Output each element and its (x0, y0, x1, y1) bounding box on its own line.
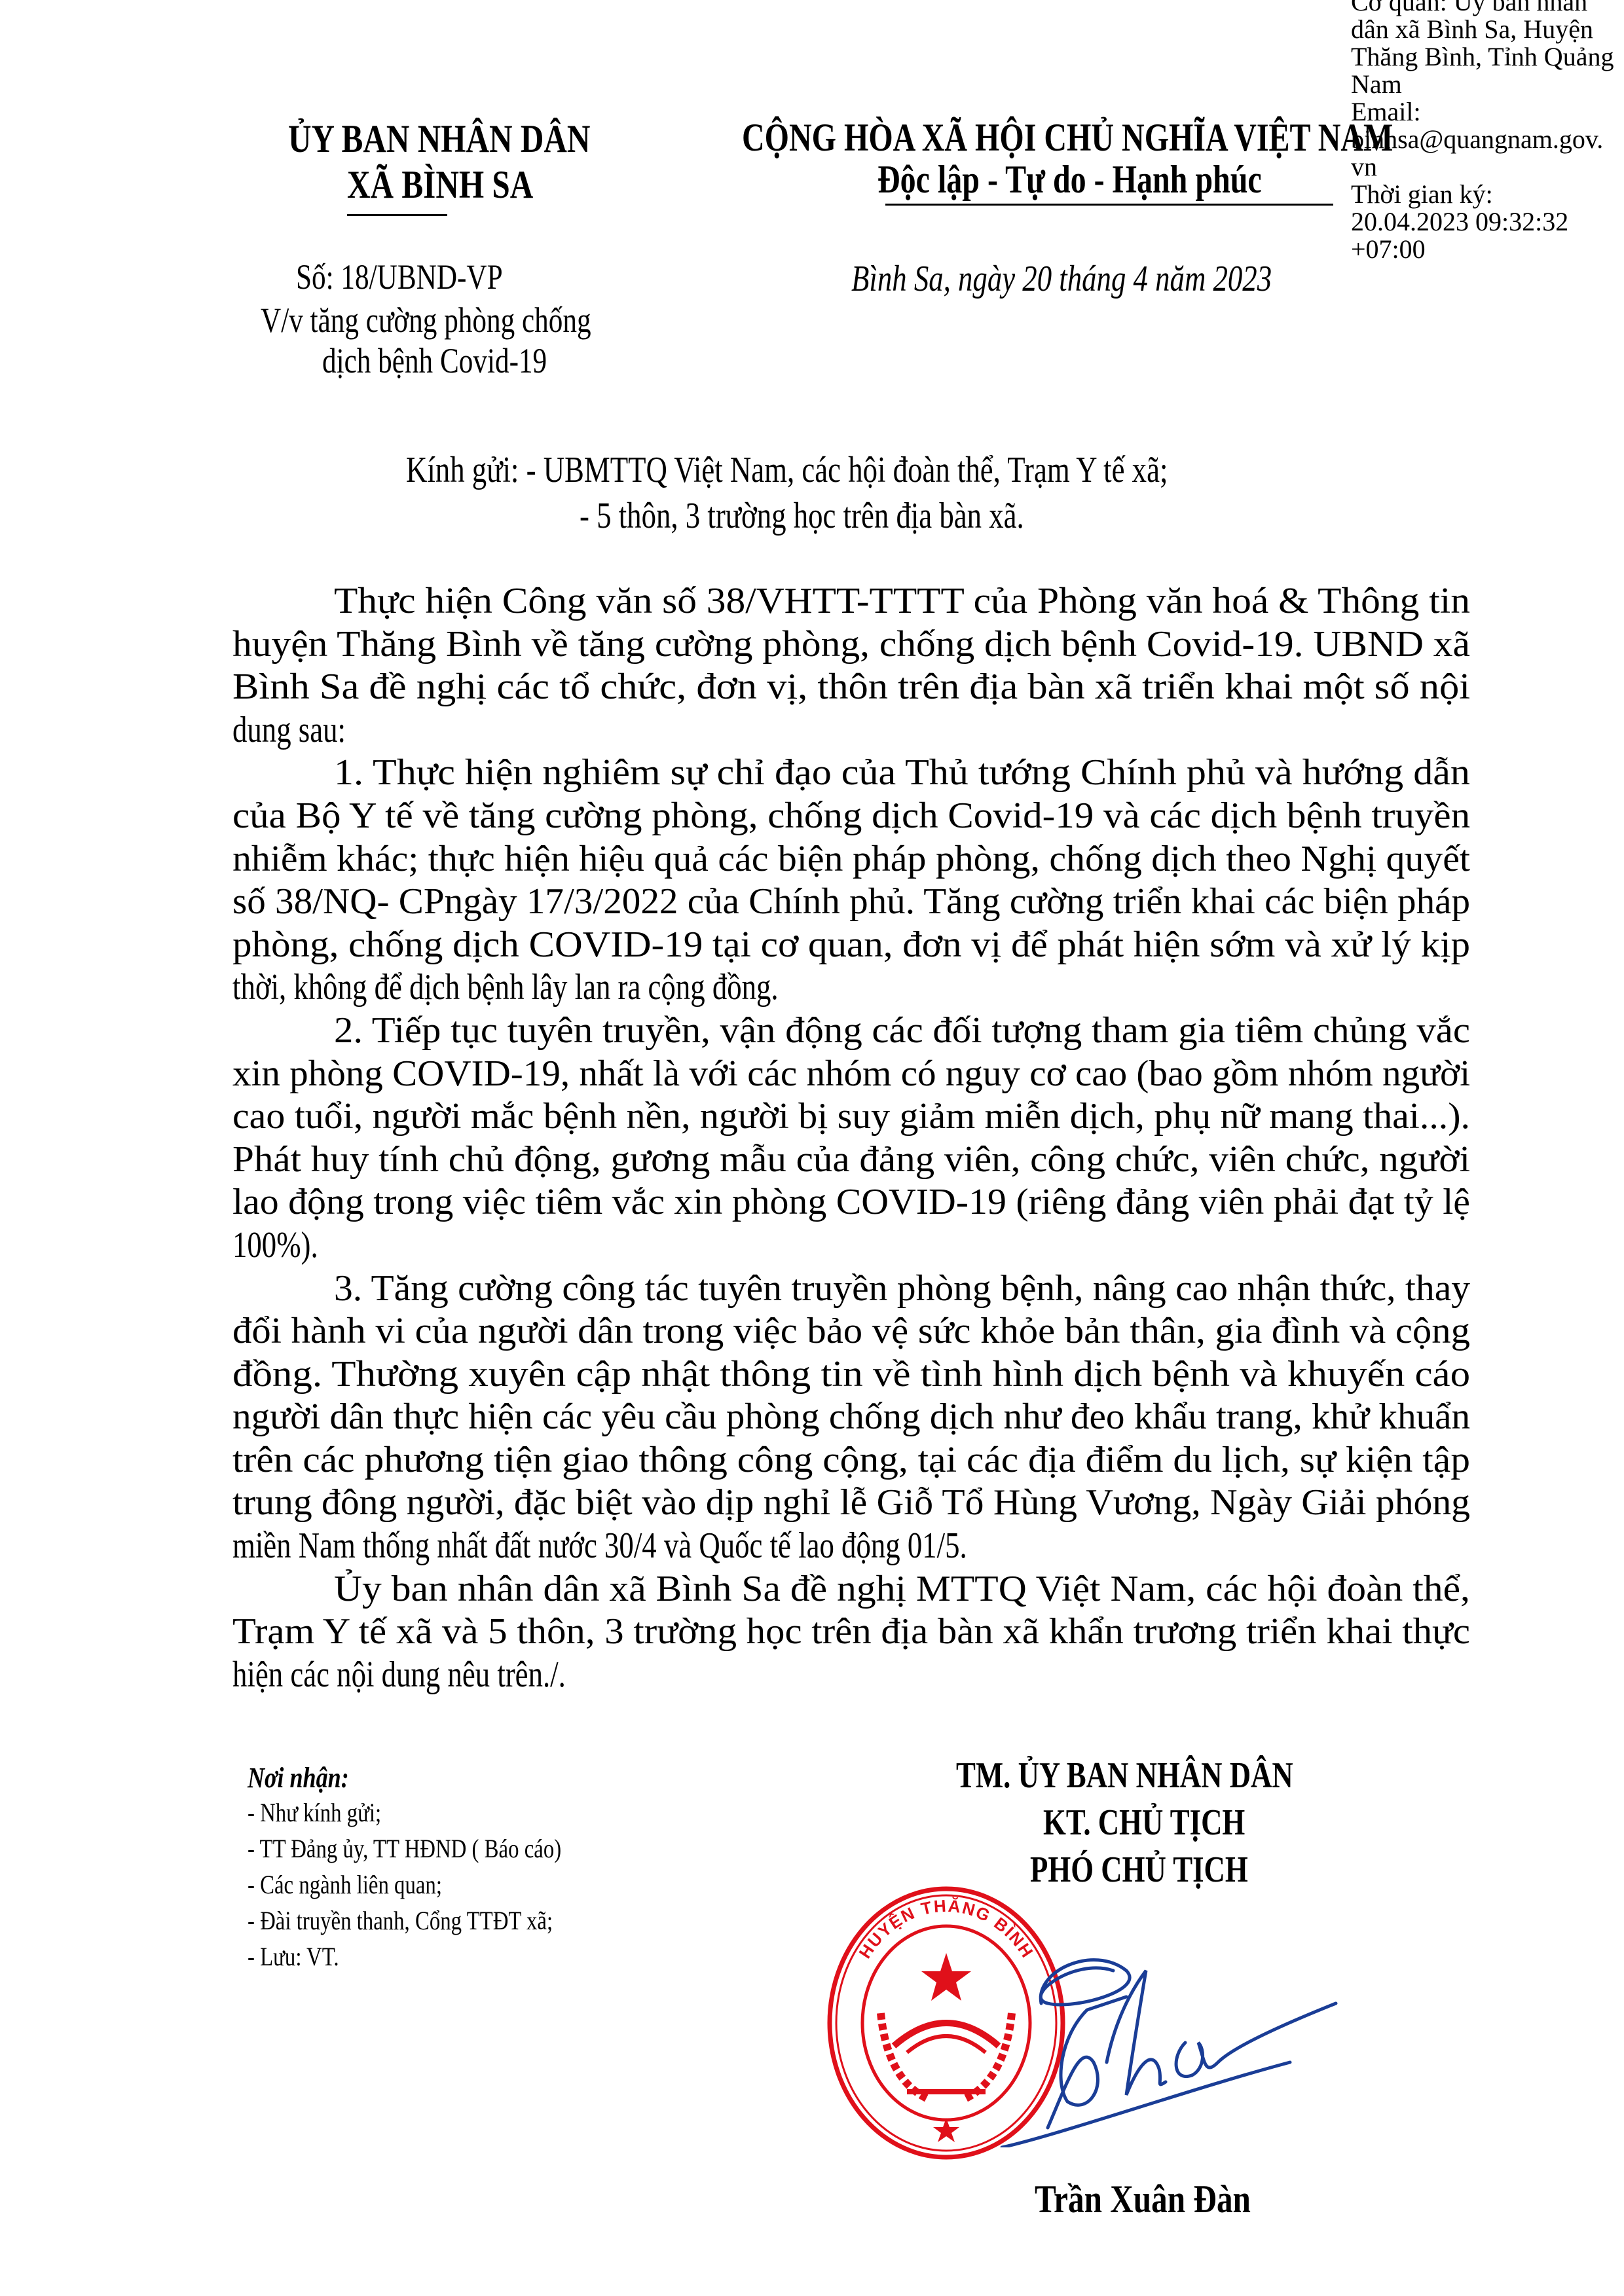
distribution-item: - Đài truyền thanh, Cổng TTĐT xã; (248, 1905, 619, 1936)
org-name-line2: XÃ BÌNH SA (347, 162, 574, 208)
body-line: của Bộ Y tế về tăng cường phòng, chống d… (232, 795, 1470, 838)
motto-underline (885, 204, 1333, 206)
body-line: huyện Thăng Bình về tăng cường phòng, ch… (232, 623, 1470, 666)
paragraph-item1: 1. Thực hiện nghiêm sự chỉ đạo của Thủ t… (232, 752, 1470, 1010)
body-line: thời, không để dịch bệnh lây lan ra cộng… (232, 966, 1470, 1010)
paragraph-item3: 3. Tăng cường công tác tuyên truyền phòn… (232, 1267, 1470, 1568)
recipients-line1: Kính gửi: - UBMTTQ Việt Nam, các hội đoà… (406, 449, 1358, 491)
body-line: 2. Tiếp tục tuyên truyền, vận động các đ… (232, 1010, 1470, 1053)
distribution-item: - Các ngành liên quan; (248, 1869, 485, 1900)
sig-line: 20.04.2023 09:32:32 (1351, 208, 1624, 236)
distribution-item: - TT Đảng ủy, TT HĐND ( Báo cáo) (248, 1833, 630, 1864)
body-line: Bình Sa đề nghị các tổ chức, đơn vị, thô… (232, 666, 1470, 709)
body-line: miền Nam thống nhất đất nước 30/4 và Quố… (232, 1525, 1470, 1568)
body-line: Phát huy tính chủ động, gương mẫu của đả… (232, 1139, 1470, 1182)
sig-line: Cơ quan: Ủy ban nhân (1351, 0, 1624, 16)
paragraph-item2: 2. Tiếp tục tuyên truyền, vận động các đ… (232, 1010, 1470, 1267)
body-line: trung đông người, đặc biệt vào dịp nghỉ … (232, 1482, 1470, 1525)
signer-title: PHÓ CHỦ TỊCH (1030, 1849, 1302, 1891)
digital-signature-info: Cơ quan: Ủy ban nhân dân xã Bình Sa, Huy… (1351, 0, 1624, 263)
recipients-line2: - 5 thôn, 3 trường học trên địa bàn xã. (580, 495, 1135, 537)
body-line: 1. Thực hiện nghiêm sự chỉ đạo của Thủ t… (232, 752, 1470, 795)
document-number: Số: 18/UBND-VP (296, 257, 555, 297)
signer-name: Trần Xuân Đàn (1035, 2177, 1298, 2222)
document-body: Thực hiện Công văn số 38/VHTT-TTTT của P… (232, 580, 1470, 1696)
handwritten-signature-icon (995, 1931, 1362, 2147)
national-motto: Độc lập - Tự do - Hạnh phúc (877, 157, 1357, 202)
body-line: xin phòng COVID-19, nhất là với các nhóm… (232, 1053, 1470, 1096)
body-line: nhiễm khác; thực hiện hiệu quả các biện … (232, 838, 1470, 881)
body-line: trên các phương tiện giao thông công cộn… (232, 1439, 1470, 1482)
body-line: đổi hành vi của người dân trong việc bảo… (232, 1310, 1470, 1353)
sig-line: dân xã Bình Sa, Huyện (1351, 16, 1624, 43)
org-name-line1: ỦY BAN NHÂN DÂN (288, 117, 657, 162)
distribution-title: Nơi nhận: (248, 1761, 371, 1795)
sig-line: vn (1351, 153, 1624, 181)
body-line: lao động trong việc tiêm vắc xin phòng C… (232, 1181, 1470, 1224)
signer-org: TM. ỦY BAN NHÂN DÂN (956, 1755, 1377, 1796)
body-line: đồng. Thường xuyên cập nhật thông tin về… (232, 1353, 1470, 1396)
distribution-item: - Lưu: VT. (248, 1941, 359, 1972)
sig-line: binhsa@quangnam.gov. (1351, 126, 1624, 153)
body-line: dung sau: (232, 709, 1470, 752)
place-date: Bình Sa, ngày 20 tháng 4 năm 2023 (851, 258, 1377, 300)
sig-line: Thời gian ký: (1351, 181, 1624, 208)
body-line: Trạm Y tế xã và 5 thôn, 3 trường học trê… (232, 1611, 1470, 1654)
paragraph-intro: Thực hiện Công văn số 38/VHTT-TTTT của P… (232, 580, 1470, 752)
sig-line: Thăng Bình, Tỉnh Quảng (1351, 43, 1624, 71)
org-underline (347, 214, 447, 216)
paragraph-closing: Ủy ban nhân dân xã Bình Sa đề nghị MTTQ … (232, 1568, 1470, 1697)
subject-line2: dịch bệnh Covid-19 (322, 340, 603, 381)
body-line: 3. Tăng cường công tác tuyên truyền phòn… (232, 1267, 1470, 1311)
body-line: 100%). (232, 1224, 1470, 1267)
sig-line: Nam (1351, 71, 1624, 98)
body-line: người dân thực hiện các yêu cầu phòng ch… (232, 1396, 1470, 1439)
body-line: hiện các nội dung nêu trên./. (232, 1654, 1470, 1697)
distribution-item: - Như kính gửi; (248, 1797, 411, 1828)
body-line: Ủy ban nhân dân xã Bình Sa đề nghị MTTQ … (232, 1568, 1470, 1611)
body-line: cao tuổi, người mắc bệnh nền, người bị s… (232, 1095, 1470, 1139)
sig-line: +07:00 (1351, 236, 1624, 263)
subject-line1: V/v tăng cường phòng chống (261, 300, 674, 340)
body-line: số 38/NQ- CPngày 17/3/2022 của Chính phủ… (232, 881, 1470, 924)
body-line: phòng, chống dịch COVID-19 tại cơ quan, … (232, 924, 1470, 967)
sig-line: Email: (1351, 98, 1624, 126)
body-line: Thực hiện Công văn số 38/VHTT-TTTT của P… (232, 580, 1470, 623)
signer-on-behalf: KT. CHỦ TỊCH (1043, 1802, 1295, 1844)
